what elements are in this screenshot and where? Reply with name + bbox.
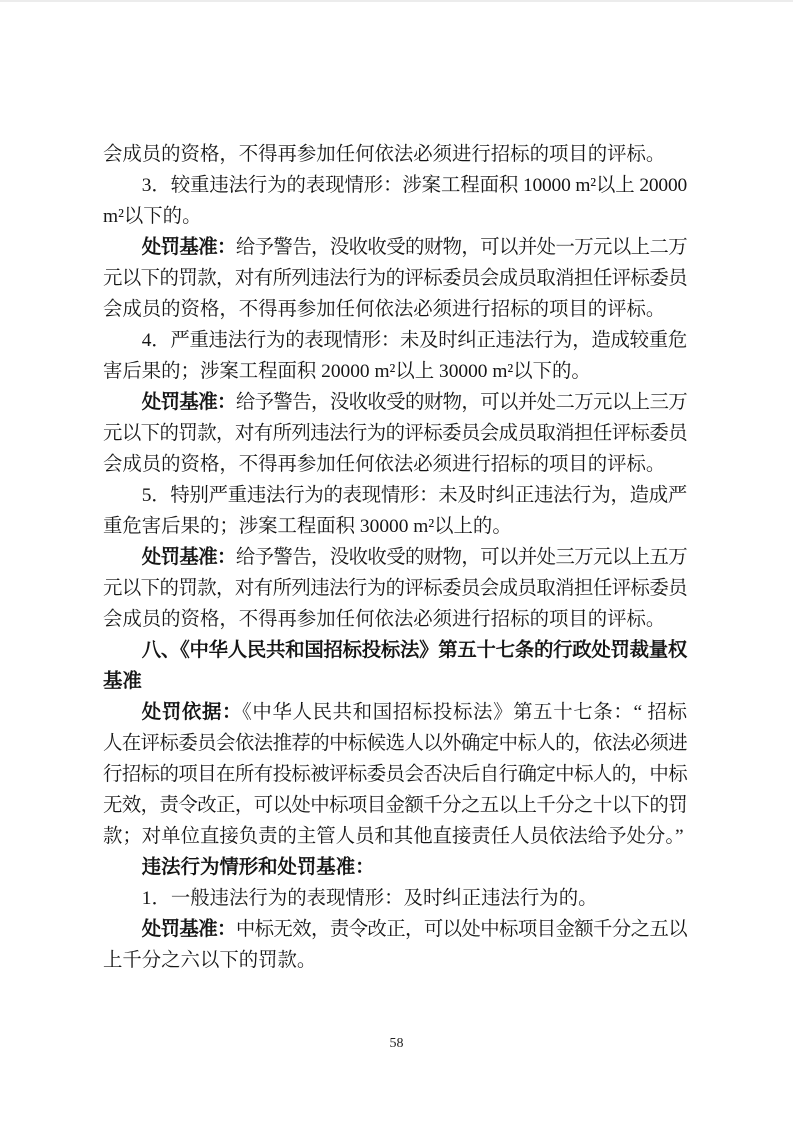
text-run: 1．一般违法行为的表现情形：及时纠正违法行为的。 bbox=[142, 888, 598, 909]
text-line: 违法行为情形和处罚基准： bbox=[103, 852, 687, 883]
bold-text-run: 处罚基准： bbox=[142, 392, 236, 413]
text-run: 给予警告，没收收受的财物，可以并处三万元以上五万 bbox=[236, 547, 687, 568]
bold-text-run: 处罚基准： bbox=[142, 919, 236, 940]
text-line: 上千分之六以下的罚款。 bbox=[103, 945, 687, 976]
text-line: 会成员的资格，不得再参加任何依法必须进行招标的项目的评标。 bbox=[103, 604, 687, 635]
text-line: 处罚基准：中标无效，责令改正，可以处中标项目金额千分之五以 bbox=[103, 914, 687, 945]
text-run: 元以下的罚款，对有所列违法行为的评标委员会成员取消担任评标委员 bbox=[103, 268, 687, 289]
text-run: 给予警告，没收收受的财物，可以并处二万元以上三万 bbox=[236, 392, 687, 413]
text-run: 元以下的罚款，对有所列违法行为的评标委员会成员取消担任评标委员 bbox=[103, 578, 687, 599]
bold-text-run: 处罚基准： bbox=[142, 237, 236, 258]
text-run: m²以下的。 bbox=[103, 206, 201, 227]
text-line: 无效，责令改正，可以处中标项目金额千分之五以上千分之十以下的罚 bbox=[103, 790, 687, 821]
bold-text-run: 八、《中华人民共和国招标投标法》第五十七条的行政处罚裁量权 bbox=[142, 640, 687, 661]
bold-text-run: 处罚基准： bbox=[142, 547, 236, 568]
text-run: 会成员的资格，不得再参加任何依法必须进行招标的项目的评标。 bbox=[103, 609, 665, 630]
text-run: 3．较重违法行为的表现情形：涉案工程面积 10000 m²以上 20000 bbox=[142, 175, 687, 196]
text-line: 害后果的；涉案工程面积 20000 m²以上 30000 m²以下的。 bbox=[103, 356, 687, 387]
text-run: 会成员的资格，不得再参加任何依法必须进行招标的项目的评标。 bbox=[103, 144, 665, 165]
text-run: 中标无效，责令改正，可以处中标项目金额千分之五以 bbox=[236, 919, 687, 940]
text-line: 5．特别严重违法行为的表现情形：未及时纠正违法行为，造成严 bbox=[103, 480, 687, 511]
document-page: 会成员的资格，不得再参加任何依法必须进行招标的项目的评标。3．较重违法行为的表现… bbox=[0, 0, 793, 1122]
text-line: 会成员的资格，不得再参加任何依法必须进行招标的项目的评标。 bbox=[103, 139, 687, 170]
text-run: 重危害后果的；涉案工程面积 30000 m²以上的。 bbox=[103, 516, 512, 537]
text-line: 处罚基准：给予警告，没收收受的财物，可以并处一万元以上二万 bbox=[103, 232, 687, 263]
text-run: 会成员的资格，不得再参加任何依法必须进行招标的项目的评标。 bbox=[103, 454, 665, 475]
text-line: 处罚基准：给予警告，没收收受的财物，可以并处三万元以上五万 bbox=[103, 542, 687, 573]
text-run: 会成员的资格，不得再参加任何依法必须进行招标的项目的评标。 bbox=[103, 299, 665, 320]
text-line: 重危害后果的；涉案工程面积 30000 m²以上的。 bbox=[103, 511, 687, 542]
text-line: 款；对单位直接负责的主管人员和其他直接责任人员依法给予处分。” bbox=[103, 821, 687, 852]
text-line: 八、《中华人民共和国招标投标法》第五十七条的行政处罚裁量权 bbox=[103, 635, 687, 666]
text-line: 3．较重违法行为的表现情形：涉案工程面积 10000 m²以上 20000 bbox=[103, 170, 687, 201]
text-line: 4．严重违法行为的表现情形：未及时纠正违法行为，造成较重危 bbox=[103, 325, 687, 356]
text-line: 元以下的罚款，对有所列违法行为的评标委员会成员取消担任评标委员 bbox=[103, 418, 687, 449]
text-run: 元以下的罚款，对有所列违法行为的评标委员会成员取消担任评标委员 bbox=[103, 423, 687, 444]
text-line: 处罚基准：给予警告，没收收受的财物，可以并处二万元以上三万 bbox=[103, 387, 687, 418]
text-run: 无效，责令改正，可以处中标项目金额千分之五以上千分之十以下的罚 bbox=[103, 795, 687, 816]
text-line: 处罚依据：《中华人民共和国招标投标法》第五十七条：“ 招标 bbox=[103, 697, 687, 728]
text-run: 人在评标委员会依法推荐的中标候选人以外确定中标人的，依法必须进 bbox=[103, 733, 687, 754]
text-run: 给予警告，没收收受的财物，可以并处一万元以上二万 bbox=[236, 237, 687, 258]
text-line: 元以下的罚款，对有所列违法行为的评标委员会成员取消担任评标委员 bbox=[103, 573, 687, 604]
text-line: 基准 bbox=[103, 666, 687, 697]
text-line: 会成员的资格，不得再参加任何依法必须进行招标的项目的评标。 bbox=[103, 294, 687, 325]
page-number: 58 bbox=[0, 1036, 793, 1052]
text-run: 款；对单位直接负责的主管人员和其他直接责任人员依法给予处分。” bbox=[103, 826, 684, 847]
bold-text-run: 违法行为情形和处罚基准： bbox=[142, 857, 375, 878]
text-run: 5．特别严重违法行为的表现情形：未及时纠正违法行为，造成严 bbox=[142, 485, 687, 506]
text-run: 上千分之六以下的罚款。 bbox=[103, 950, 316, 971]
text-line: 会成员的资格，不得再参加任何依法必须进行招标的项目的评标。 bbox=[103, 449, 687, 480]
text-run: 害后果的；涉案工程面积 20000 m²以上 30000 m²以下的。 bbox=[103, 361, 591, 382]
text-run: 《中华人民共和国招标投标法》第五十七条：“ 招标 bbox=[242, 702, 687, 723]
page-top-edge bbox=[0, 0, 793, 2]
text-line: 人在评标委员会依法推荐的中标候选人以外确定中标人的，依法必须进 bbox=[103, 728, 687, 759]
text-run: 行招标的项目在所有投标被评标委员会否决后自行确定中标人的，中标 bbox=[103, 764, 687, 785]
text-line: 行招标的项目在所有投标被评标委员会否决后自行确定中标人的，中标 bbox=[103, 759, 687, 790]
text-line: 元以下的罚款，对有所列违法行为的评标委员会成员取消担任评标委员 bbox=[103, 263, 687, 294]
bold-text-run: 基准 bbox=[103, 671, 142, 692]
text-run: 4．严重违法行为的表现情形：未及时纠正违法行为，造成较重危 bbox=[142, 330, 687, 351]
document-body: 会成员的资格，不得再参加任何依法必须进行招标的项目的评标。3．较重违法行为的表现… bbox=[103, 139, 687, 976]
text-line: 1．一般违法行为的表现情形：及时纠正违法行为的。 bbox=[103, 883, 687, 914]
bold-text-run: 处罚依据： bbox=[142, 702, 242, 723]
text-line: m²以下的。 bbox=[103, 201, 687, 232]
